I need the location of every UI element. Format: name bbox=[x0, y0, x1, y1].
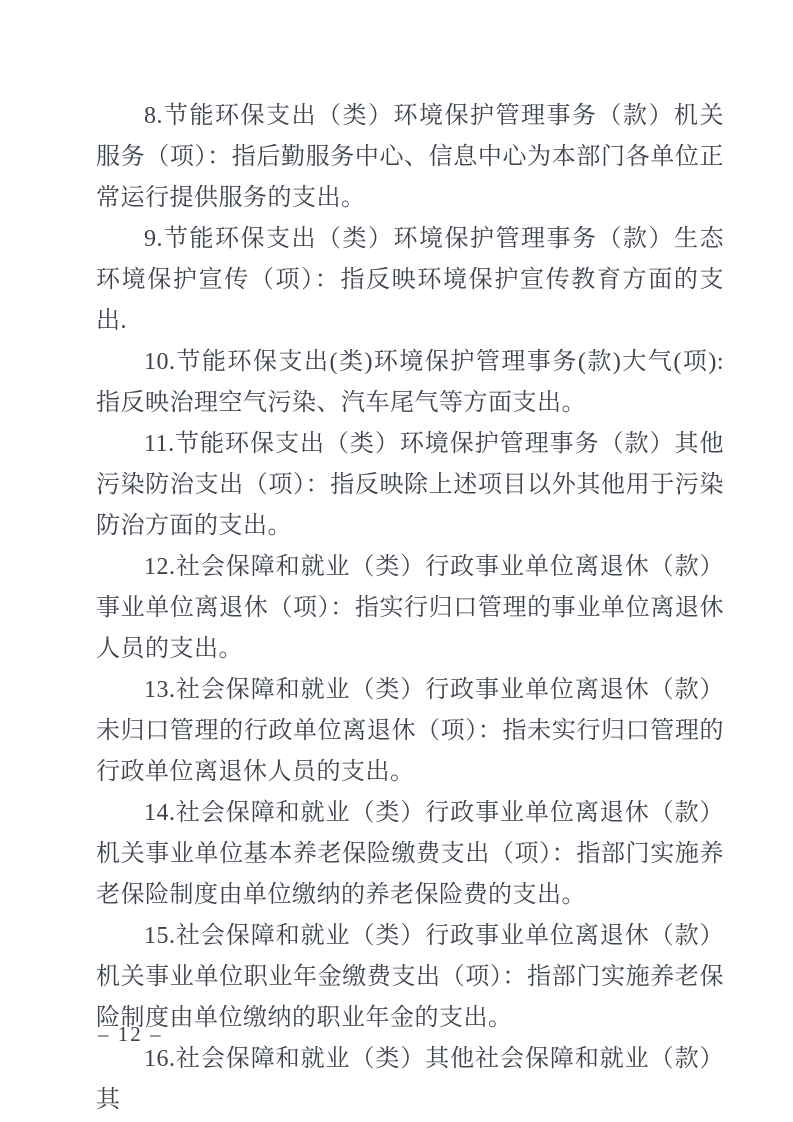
document-page: 8.节能环保支出（类）环境保护管理事务（款）机关服务（项）：指后勤服务中心、信息… bbox=[0, 0, 793, 1122]
paragraph-14: 14.社会保障和就业（类）行政事业单位离退休（款）机关事业单位基本养老保险缴费支… bbox=[96, 793, 724, 916]
paragraph-10: 10.节能环保支出(类)环境保护管理事务(款)大气(项): 指反映治理空气污染、… bbox=[96, 342, 724, 424]
paragraph-16: 16.社会保障和就业（类）其他社会保障和就业（款）其 bbox=[96, 1039, 724, 1121]
paragraph-13: 13.社会保障和就业（类）行政事业单位离退休（款）未归口管理的行政单位离退休（项… bbox=[96, 670, 724, 793]
paragraph-12: 12.社会保障和就业（类）行政事业单位离退休（款）事业单位离退休（项）：指实行归… bbox=[96, 547, 724, 670]
paragraph-9: 9.节能环保支出（类）环境保护管理事务（款）生态环境保护宣传（项）：指反映环境保… bbox=[96, 219, 724, 342]
document-body: 8.节能环保支出（类）环境保护管理事务（款）机关服务（项）：指后勤服务中心、信息… bbox=[96, 96, 724, 1121]
page-number: – 12 – bbox=[98, 1020, 163, 1048]
paragraph-11: 11.节能环保支出（类）环境保护管理事务（款）其他污染防治支出（项）：指反映除上… bbox=[96, 424, 724, 547]
paragraph-15: 15.社会保障和就业（类）行政事业单位离退休（款）机关事业单位职业年金缴费支出（… bbox=[96, 916, 724, 1039]
paragraph-8: 8.节能环保支出（类）环境保护管理事务（款）机关服务（项）：指后勤服务中心、信息… bbox=[96, 96, 724, 219]
